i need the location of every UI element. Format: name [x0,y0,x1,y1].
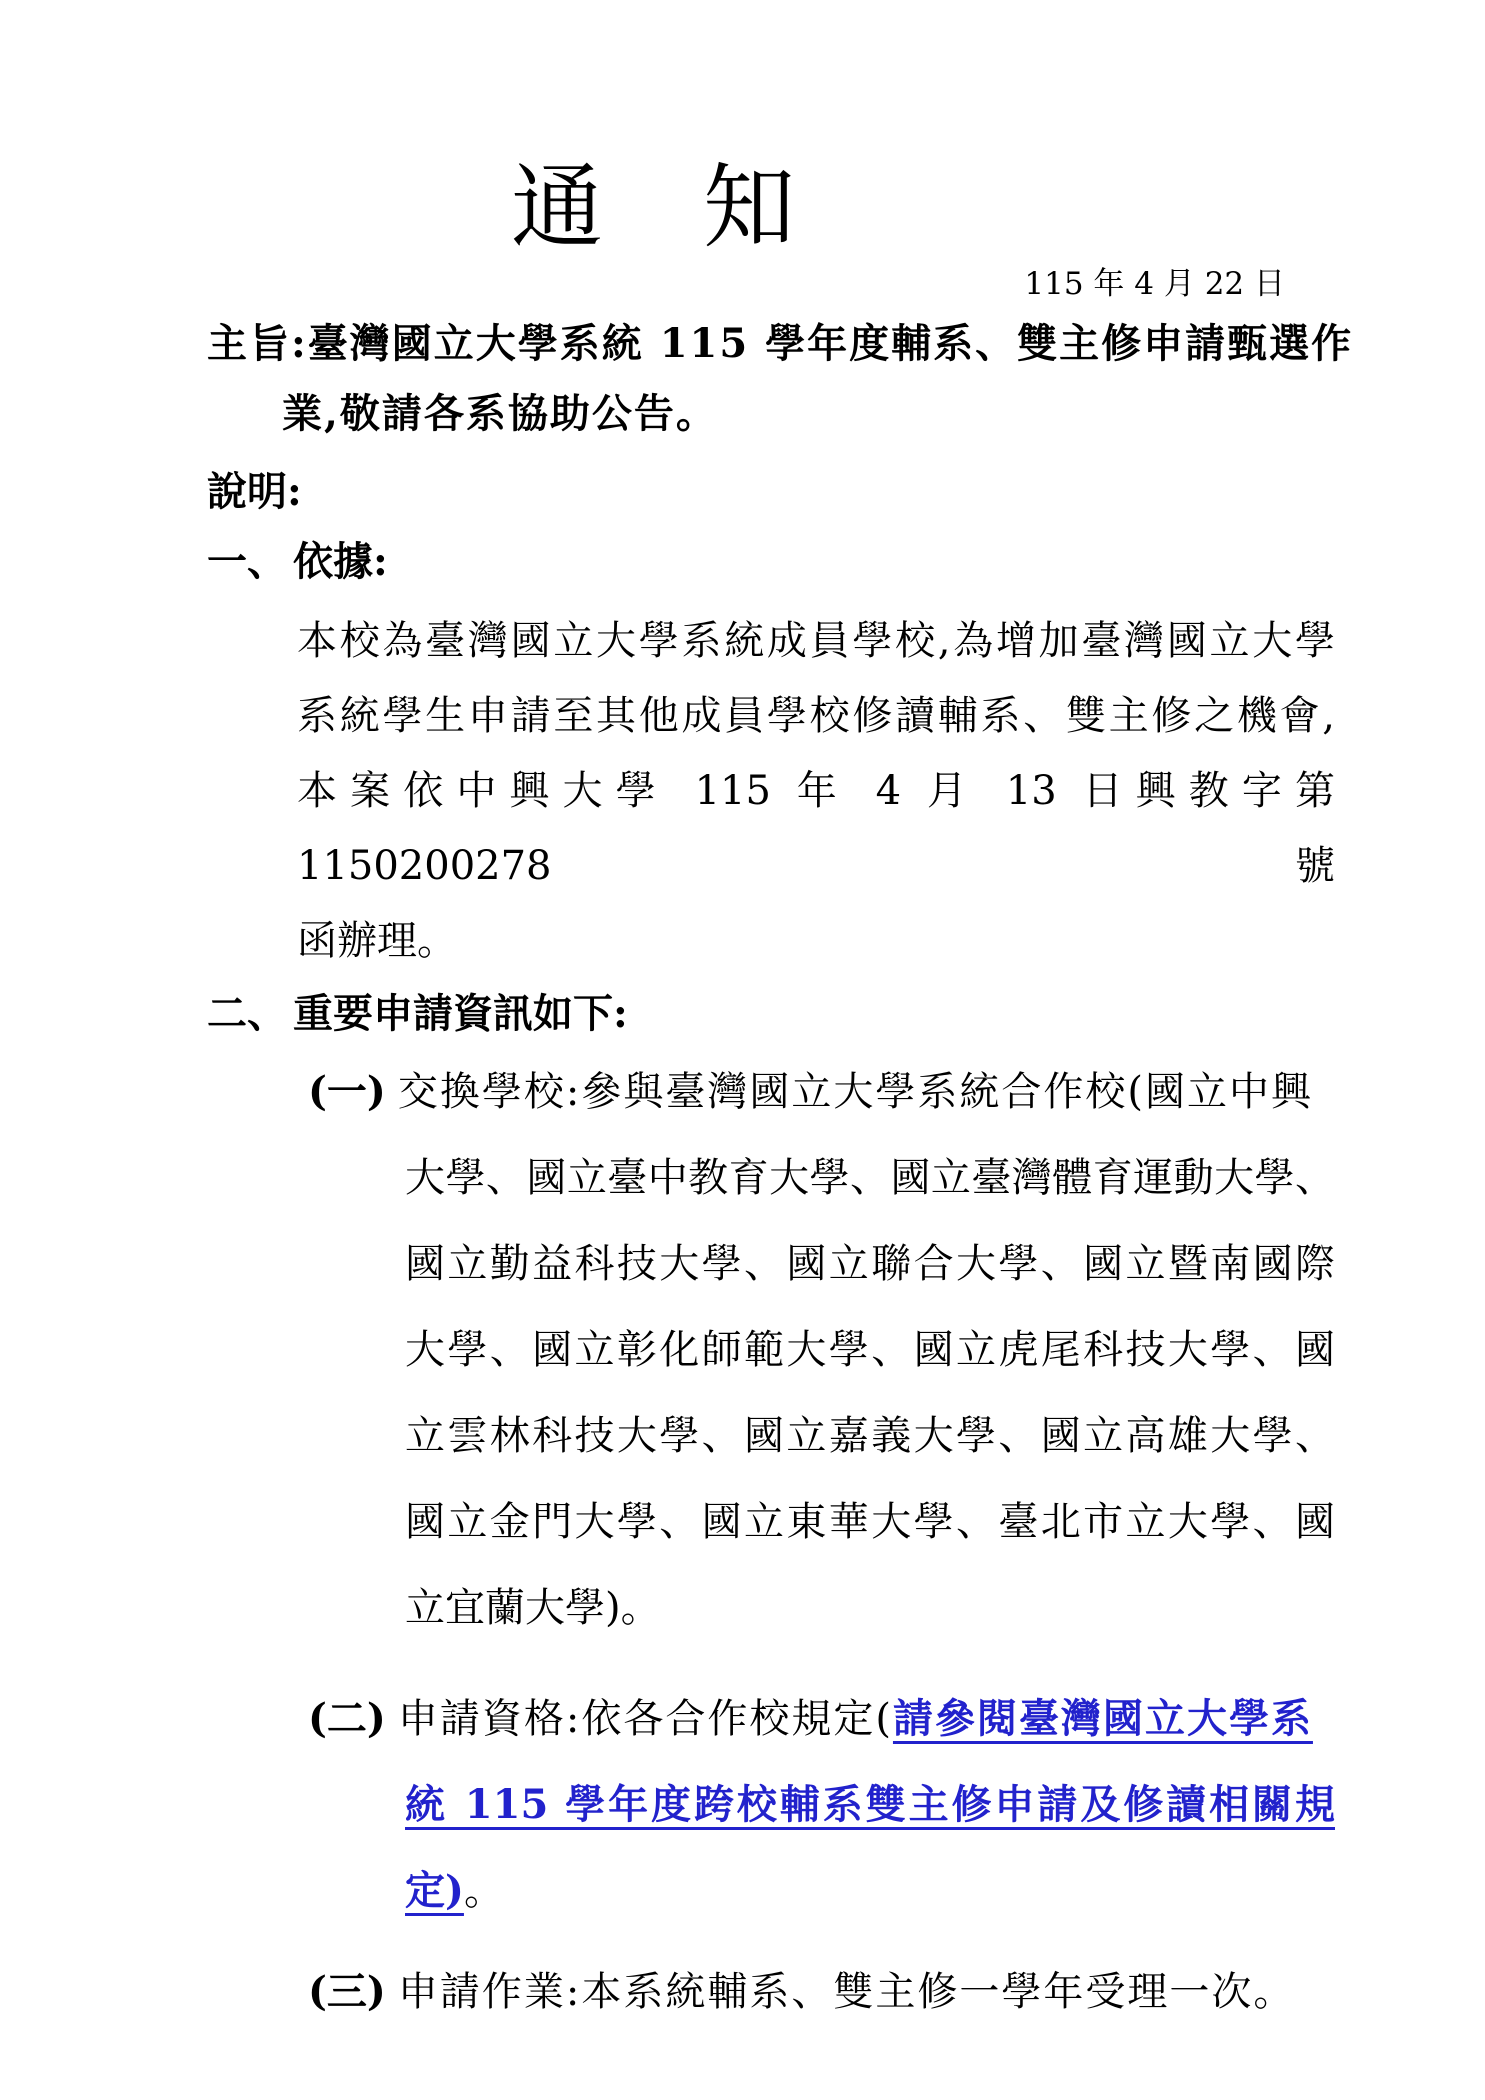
subject-block: 主旨:臺灣國立大學系統 115 學年度輔系、雙主修申請甄選作 業,敬請各系協助公… [207,309,1335,449]
list-item-1-marker: (一) [308,1068,386,1115]
document-title: 通 知 [0,160,1485,256]
section1-heading: 一、依據: [207,527,1335,597]
document-body: 主旨:臺灣國立大學系統 115 學年度輔系、雙主修申請甄選作 業,敬請各系協助公… [0,309,1485,2035]
list-item-1-line: 大學、國立彰化師範大學、國立虎尾科技大學、國 [207,1307,1335,1393]
section1-marker: 一、 [207,527,293,597]
document-page: 通 知 115 年 4 月 22 日 主旨:臺灣國立大學系統 115 學年度輔系… [0,0,1485,2100]
list-item-1-line: 立宜蘭大學)。 [207,1565,1335,1651]
list-item-2-first-line: (二)申請資格:依各合作校規定(請參閱臺灣國立大學系 [207,1676,1335,1762]
regulation-link-part-1[interactable]: 請參閱臺灣國立大學系 [893,1695,1313,1742]
list-item-1-line: 國立金門大學、國立東華大學、臺北市立大學、國 [207,1479,1335,1565]
paragraph-line: 函辦理。 [207,904,1335,979]
list-item-1-first-line: (一)交換學校:參與臺灣國立大學系統合作校(國立中興 [207,1049,1335,1135]
list-item-1-line: 國立勤益科技大學、國立聯合大學、國立暨南國際 [207,1221,1335,1307]
regulation-link-part-3[interactable]: 定) [405,1867,464,1914]
list-item-3: (三)申請作業:本系統輔系、雙主修一學年受理一次。 [207,1949,1335,2035]
section1-title: 依據: [293,538,388,585]
list-item-2-period: 。 [464,1868,504,1914]
section2-title: 重要申請資訊如下: [293,990,628,1037]
section2-marker: 二、 [207,979,293,1049]
list-item-1-line: 大學、國立臺中教育大學、國立臺灣體育運動大學、 [207,1135,1335,1221]
list-item-1-line: 立雲林科技大學、國立嘉義大學、國立高雄大學、 [207,1393,1335,1479]
list-item-2-marker: (二) [308,1695,386,1742]
subject-line-2: 業,敬請各系協助公告。 [207,379,1335,449]
paragraph-line: 系統學生申請至其他成員學校修讀輔系、雙主修之機會, [207,679,1335,754]
section2-heading: 二、重要申請資訊如下: [207,979,1335,1049]
list-item-2-text: 申請資格:依各合作校規定( [398,1696,893,1742]
paragraph-line: 本案依中興大學 115 年 4 月 13 日興教字第 1150200278 號 [207,754,1335,904]
paragraph-line: 本校為臺灣國立大學系統成員學校,為增加臺灣國立大學 [207,604,1335,679]
section1-paragraph: 本校為臺灣國立大學系統成員學校,為增加臺灣國立大學 系統學生申請至其他成員學校修… [207,604,1335,979]
subject-line-1: 主旨:臺灣國立大學系統 115 學年度輔系、雙主修申請甄選作 [207,309,1335,379]
regulation-link-line: 統 115 學年度跨校輔系雙主修申請及修讀相關規 [207,1762,1335,1848]
list-item-3-line: (三)申請作業:本系統輔系、雙主修一學年受理一次。 [207,1949,1335,2035]
explanation-label: 說明: [207,457,1335,527]
document-date: 115 年 4 月 22 日 [0,266,1485,302]
list-item-1: (一)交換學校:參與臺灣國立大學系統合作校(國立中興 大學、國立臺中教育大學、國… [207,1049,1335,1651]
list-item-1-text: 交換學校:參與臺灣國立大學系統合作校(國立中興 [398,1069,1313,1115]
list-item-2-last-line: 定)。 [207,1848,1335,1934]
list-item-3-text: 申請作業:本系統輔系、雙主修一學年受理一次。 [398,1969,1295,2015]
regulation-link-part-2[interactable]: 統 115 學年度跨校輔系雙主修申請及修讀相關規 [405,1781,1335,1828]
list-item-3-marker: (三) [308,1968,386,2015]
list-item-2: (二)申請資格:依各合作校規定(請參閱臺灣國立大學系 統 115 學年度跨校輔系… [207,1676,1335,1934]
